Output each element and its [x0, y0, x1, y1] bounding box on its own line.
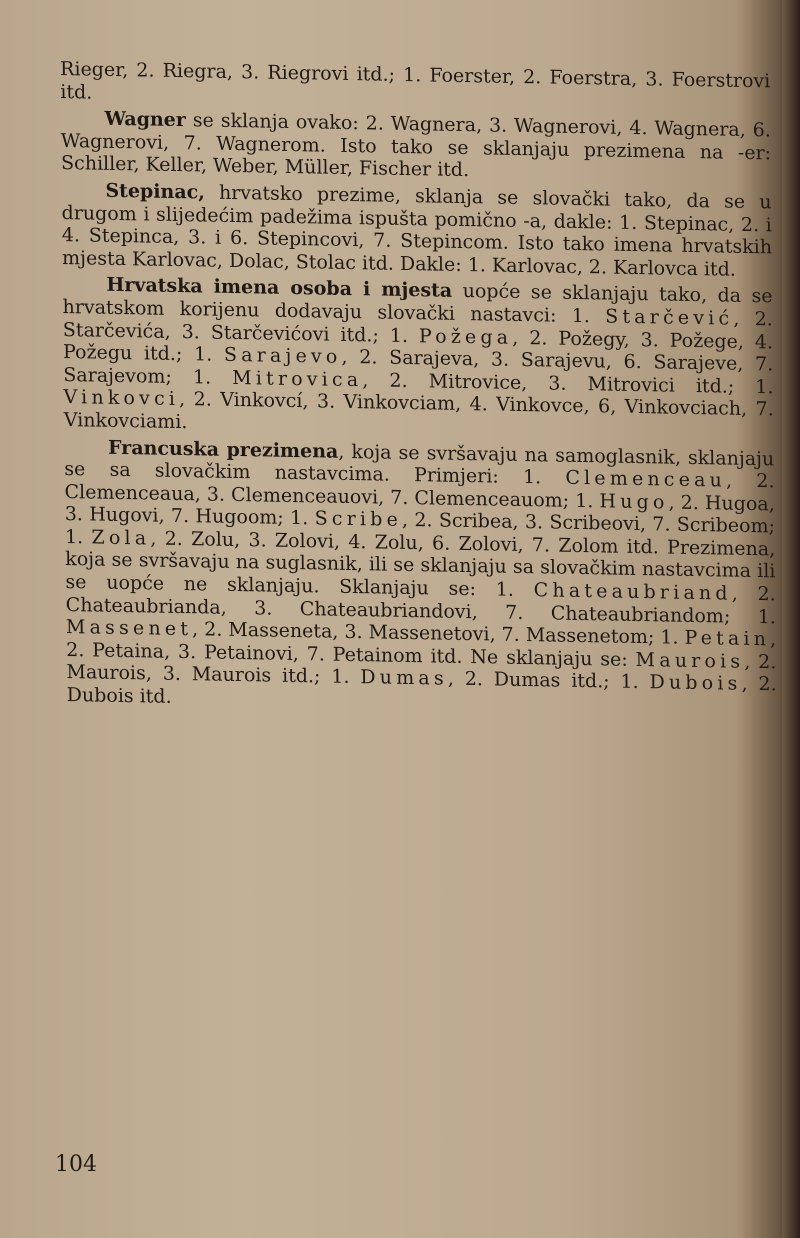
paragraph-wagner: Wagner se sklanja ovako: 2. Wagnera, 3. …	[61, 107, 772, 187]
bold-term: Wagner	[105, 108, 186, 131]
spaced-example-name: Clemenceau	[565, 467, 726, 492]
paragraph-stepinac: Stepinac, hrvatsko prezime, sklanja se s…	[61, 179, 772, 282]
spaced-example-name: Chateaubriand	[534, 579, 732, 604]
spaced-example-name: Vinkovci	[63, 386, 179, 410]
spaced-example-name: Starčević	[605, 305, 733, 329]
book-spine-shadow	[782, 0, 800, 1238]
page-number: 104	[55, 1152, 97, 1177]
spaced-example-name: Zola	[91, 526, 150, 549]
paragraph-rieger-foerster: Rieger, 2. Riegra, 3. Riegrovi itd.; 1. …	[60, 58, 771, 116]
bold-term: Stepinac,	[105, 180, 205, 204]
spaced-example-name: Scribe	[315, 508, 403, 532]
spaced-example-name: Massenet	[66, 616, 192, 640]
spaced-example-name: Maurois	[635, 649, 744, 673]
spaced-example-name: Dubois	[649, 672, 741, 696]
paragraph-francuska-prezimena: Francuska prezimena, koja se svršavaju n…	[64, 435, 777, 719]
bold-term: Francuska prezimena	[108, 436, 338, 462]
spaced-example-name: Požega	[419, 325, 513, 349]
paragraph-hrvatska-imena: Hrvatska imena osoba i mjesta uopće se s…	[62, 273, 774, 444]
text-segment: Rieger, 2. Riegra, 3. Riegrovi itd.; 1. …	[60, 58, 770, 103]
book-page: Rieger, 2. Riegra, 3. Riegrovi itd.; 1. …	[0, 0, 800, 1238]
spaced-example-name: Petain	[684, 627, 770, 650]
spaced-example-name: Dumas	[360, 667, 448, 691]
spaced-example-name: Sarajevo	[224, 344, 342, 368]
spaced-example-name: Mitrovica	[232, 367, 362, 391]
text-segment: , 2. Dumas itd.; 1.	[448, 668, 650, 694]
spaced-example-name: Hugo	[599, 490, 668, 513]
page-body-text: Rieger, 2. Riegra, 3. Riegrovi itd.; 1. …	[60, 58, 777, 723]
